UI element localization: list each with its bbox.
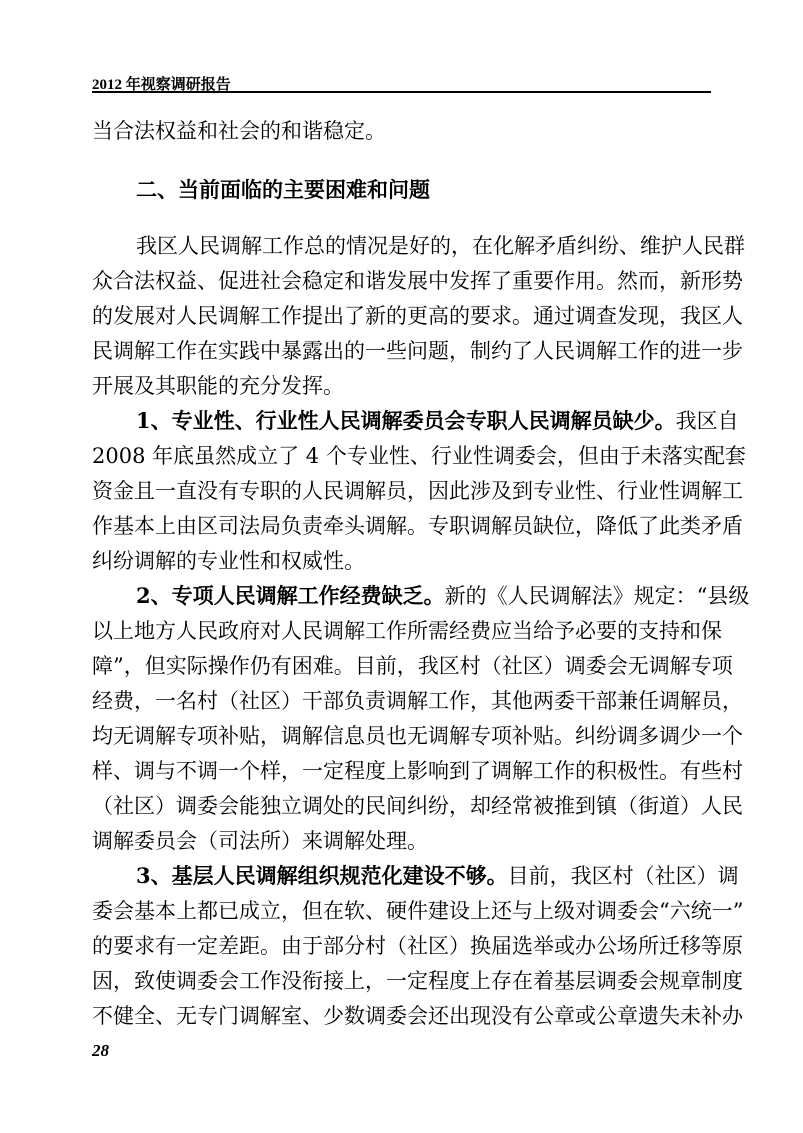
point-3-first-line-rest: 目前，我区村（社区）调 (508, 864, 739, 888)
point-1-line-2: 2008 年底虽然成立了 4 个专业性、行业性调委会，但由于未落实配套 (92, 442, 712, 470)
point-2-line-5: 均无调解专项补贴，调解信息员也无调解专项补贴。纠纷调多调少一个 (92, 722, 712, 750)
point-2-line-8: 调解委员会（司法所）来调解处理。 (92, 827, 712, 855)
intro-line-4: 民调解工作在实践中暴露出的一些问题，制约了人民调解工作的进一步 (92, 337, 712, 365)
section-heading: 二、当前面临的主要困难和问题 (136, 176, 430, 204)
intro-line-1: 我区人民调解工作总的情况是好的，在化解矛盾纠纷、维护人民群 (136, 232, 712, 260)
point-2-title: 2、专项人民调解工作经费缺乏。 (136, 583, 445, 608)
point-3-title: 3、基层人民调解组织规范化建设不够。 (136, 863, 508, 888)
point-1-title: 1、专业性、行业性人民调解委员会专职人民调解员缺少。 (136, 408, 676, 433)
document-page: 2012 年视察调研报告 当合法权益和社会的和谐稳定。 二、当前面临的主要困难和… (0, 0, 803, 1133)
intro-line-5: 开展及其职能的充分发挥。 (92, 372, 712, 400)
point-2-line-3: 障”，但实际操作仍有困难。目前，我区村（社区）调委会无调解专项 (92, 652, 712, 680)
point-3-line-5: 不健全、无专门调解室、少数调委会还出现没有公章或公章遗失未补办 (92, 1002, 712, 1030)
opening-line: 当合法权益和社会的和谐稳定。 (92, 117, 712, 145)
header-rule (92, 91, 711, 93)
point-2-line-4: 经费，一名村（社区）干部负责调解工作，其他两委干部兼任调解员， (92, 687, 712, 715)
point-1-first-line: 1、专业性、行业性人民调解委员会专职人民调解员缺少。我区自 (136, 407, 712, 435)
point-3-line-3: 的要求有一定差距。由于部分村（社区）换届选举或办公场所迁移等原 (92, 932, 712, 960)
point-3-line-4: 因，致使调委会工作没衔接上，一定程度上存在着基层调委会规章制度 (92, 967, 712, 995)
point-1-line-4: 作基本上由区司法局负责牵头调解。专职调解员缺位，降低了此类矛盾 (92, 512, 712, 540)
page-number: 28 (92, 1041, 109, 1061)
point-1-first-line-rest: 我区自 (676, 409, 739, 433)
point-2-line-2: 以上地方人民政府对人民调解工作所需经费应当给予必要的支持和保 (92, 617, 712, 645)
point-3-line-2: 委会基本上都已成立，但在软、硬件建设上还与上级对调委会“六统一” (92, 897, 712, 925)
point-2-first-line-rest: 新的《人民调解法》规定：“县级 (445, 584, 750, 608)
point-2-line-6: 样、调与不调一个样，一定程度上影响到了调解工作的积极性。有些村 (92, 757, 712, 785)
point-1-line-5: 纠纷调解的专业性和权威性。 (92, 547, 712, 575)
point-3-first-line: 3、基层人民调解组织规范化建设不够。目前，我区村（社区）调 (136, 862, 712, 890)
point-1-line-3: 资金且一直没有专职的人民调解员，因此涉及到专业性、行业性调解工 (92, 477, 712, 505)
intro-line-3: 的发展对人民调解工作提出了新的更高的要求。通过调查发现，我区人 (92, 302, 712, 330)
intro-line-2: 众合法权益、促进社会稳定和谐发展中发挥了重要作用。然而，新形势 (92, 267, 712, 295)
point-2-first-line: 2、专项人民调解工作经费缺乏。新的《人民调解法》规定：“县级 (136, 582, 712, 610)
point-2-line-7: （社区）调委会能独立调处的民间纠纷，却经常被推到镇（街道）人民 (92, 792, 712, 820)
